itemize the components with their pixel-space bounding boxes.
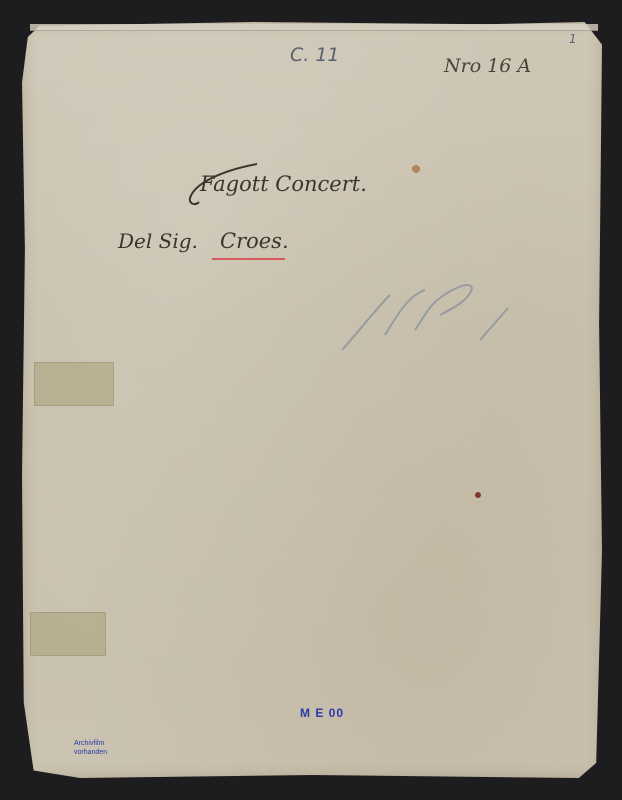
shelfmark-pencil: C. 11: [290, 44, 340, 66]
stamp-archivfilm-line1: Archivfilm: [74, 740, 104, 747]
page-top-edge: [30, 24, 598, 31]
composer-red-underline: [212, 258, 285, 260]
title-flourish: [185, 160, 265, 210]
catalog-number: Nro 16 A: [444, 55, 531, 77]
composer-name: Croes.: [220, 229, 289, 253]
pencil-scribble: [330, 270, 530, 360]
attribution-prefix: Del Sig.: [118, 229, 198, 253]
tape-patch-lower: [30, 612, 106, 656]
stain-spot: [412, 165, 420, 173]
page-mark: 1: [569, 32, 577, 46]
stain-spot: [475, 492, 481, 498]
tape-patch-upper: [34, 362, 114, 406]
stamp-archivfilm-line2: vorhanden: [74, 749, 107, 756]
stamp-center: M E 00: [300, 706, 344, 720]
